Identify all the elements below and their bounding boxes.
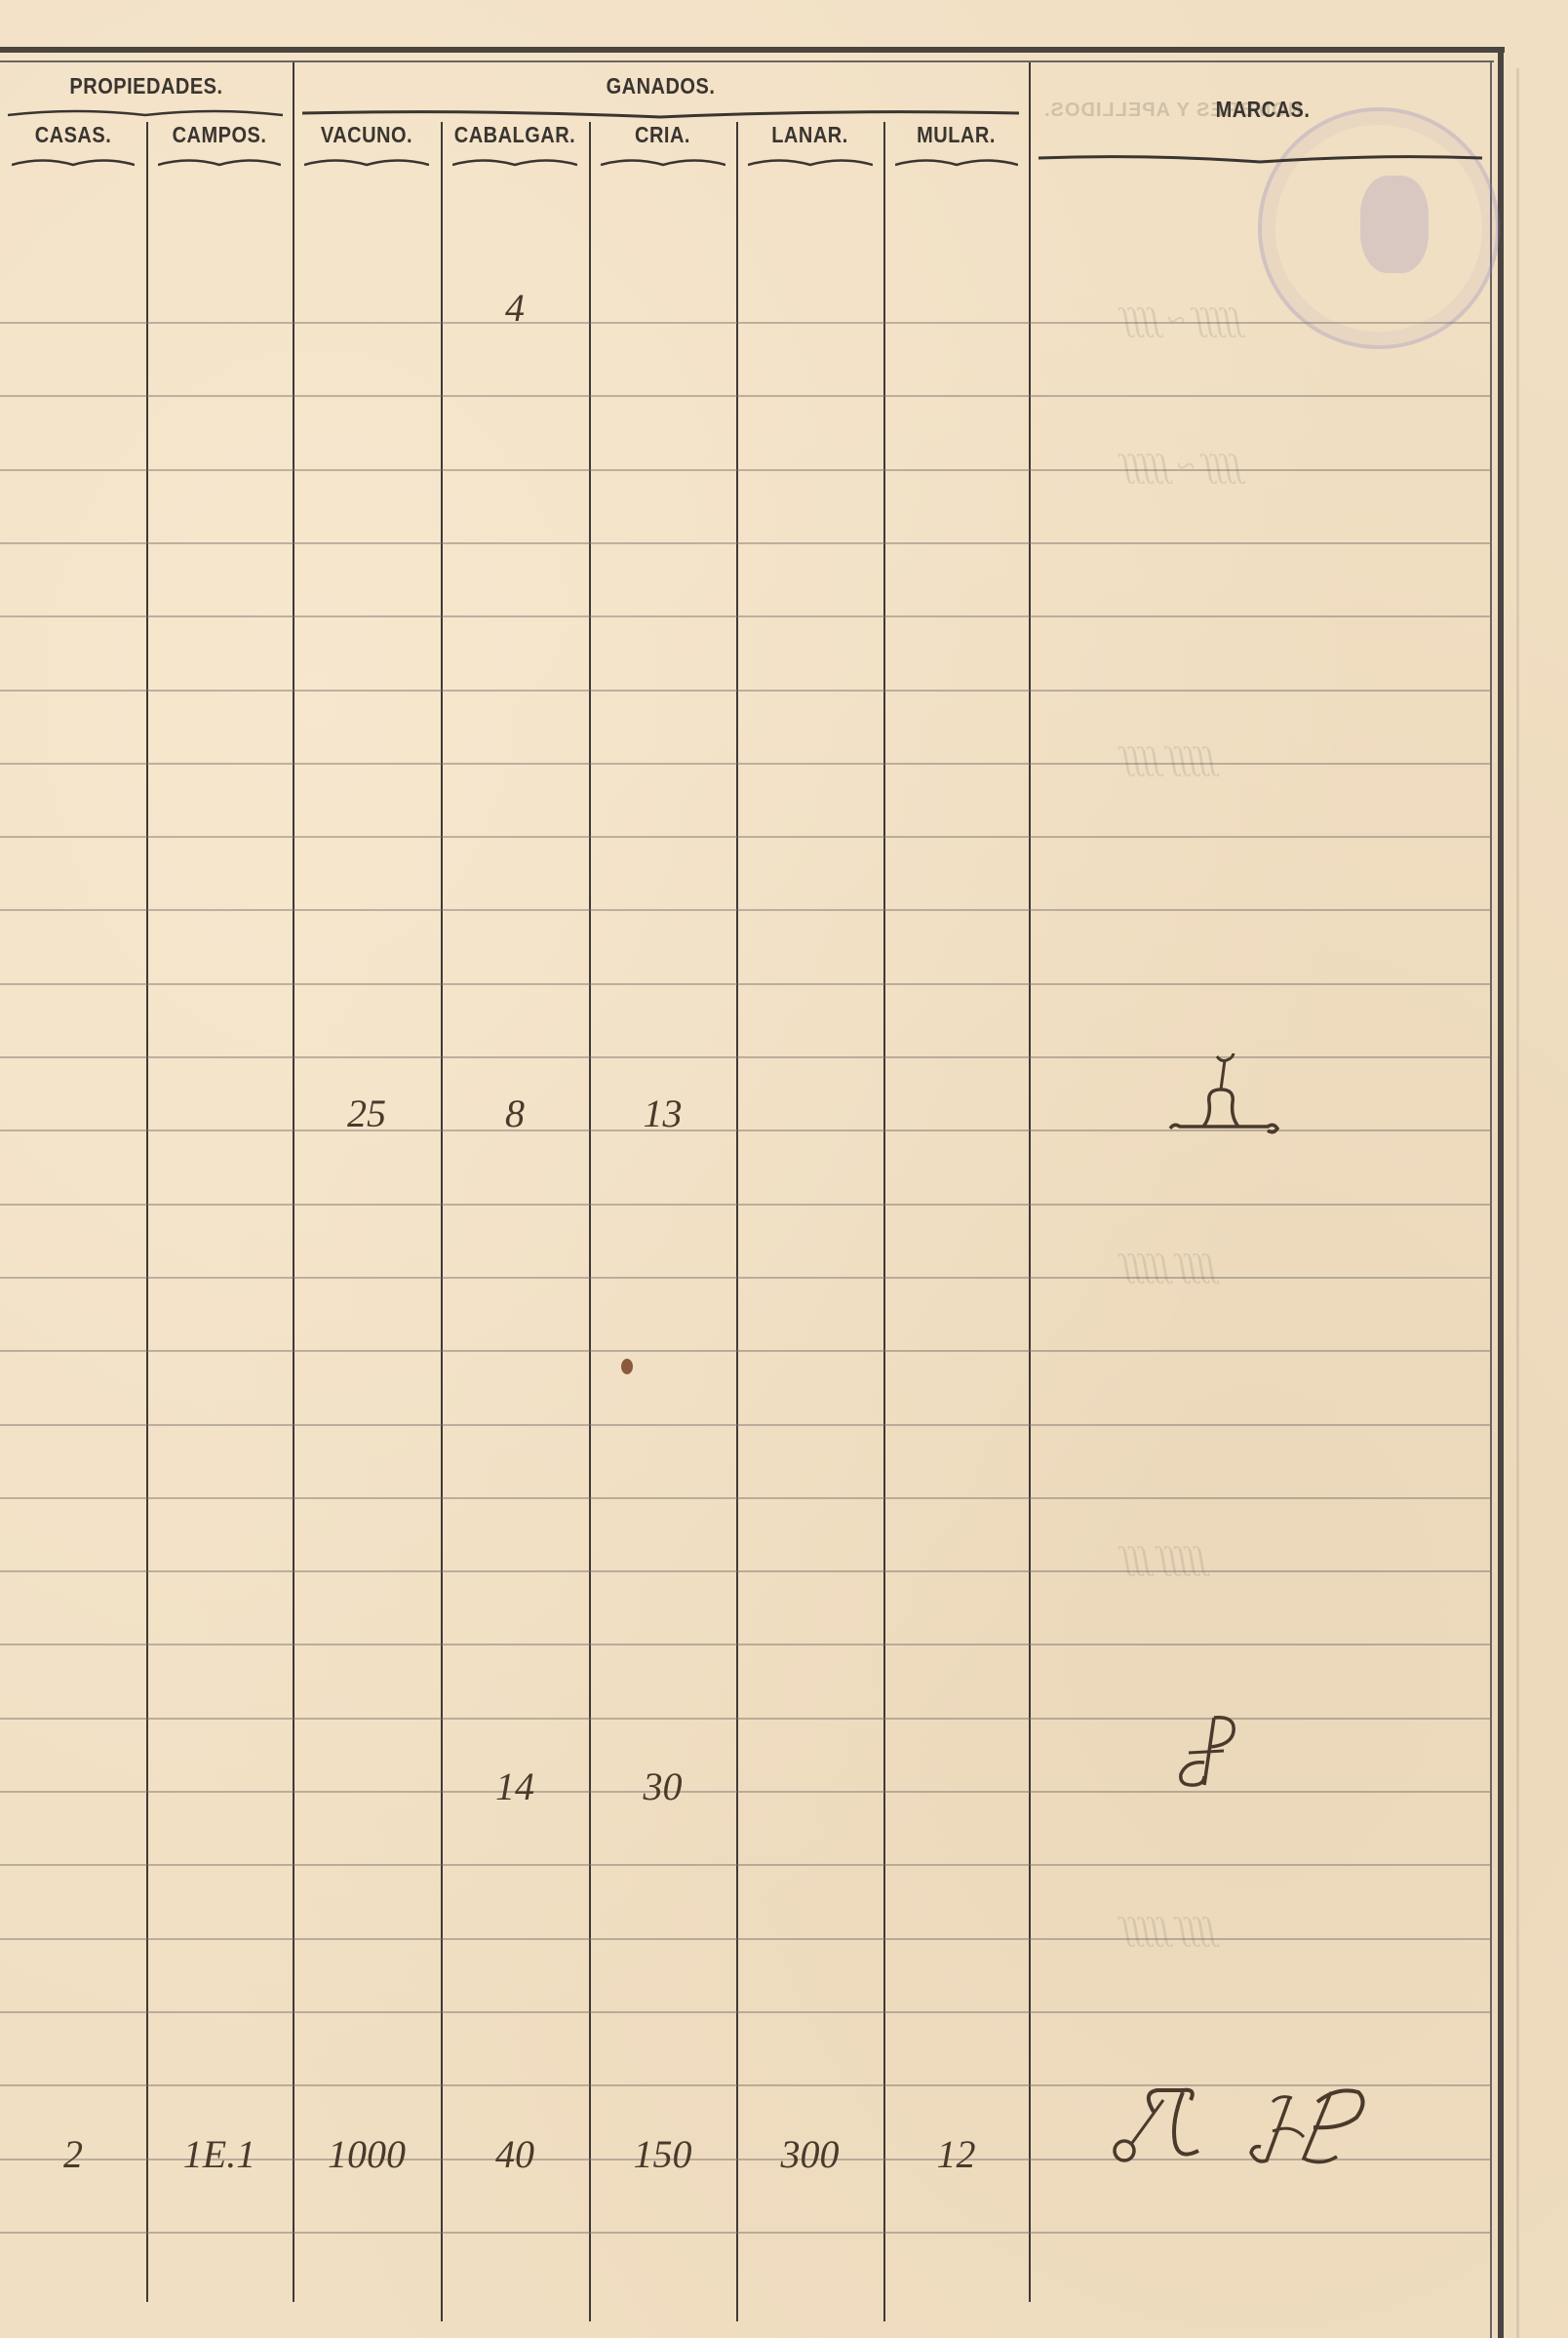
ruled-line: [0, 836, 1492, 838]
swash-lanar: [748, 156, 873, 168]
header-propiedades: PROPIEDADES.: [0, 74, 293, 99]
cell-r21-cabalgar: 14: [441, 1763, 589, 1809]
cell-r26-casas: 2: [0, 2131, 146, 2177]
ruled-line: [0, 1644, 1492, 1645]
divider-casas-campos: [146, 122, 148, 2302]
column-header-campos: CAMPOS.: [146, 123, 293, 148]
ruled-line: [0, 1570, 1492, 1572]
ruled-line: [0, 1791, 1492, 1793]
ruled-line: [0, 1424, 1492, 1426]
seal-emblem-icon: [1360, 176, 1429, 273]
ruled-line: [0, 763, 1492, 765]
cell-r12-vacuno: 25: [293, 1090, 441, 1136]
cell-r21-cria: 30: [589, 1763, 736, 1809]
brand-mark-hp-monogram-icon: [1243, 2082, 1370, 2170]
swash-propiedades: [8, 107, 283, 119]
cell-r26-cria: 150: [589, 2131, 736, 2177]
cell-r26-campos: 1E.1: [146, 2131, 293, 2177]
swash-casas: [12, 156, 135, 168]
ruled-line: [0, 1204, 1492, 1206]
right-border-thick: [1498, 47, 1504, 2338]
swash-mular: [895, 156, 1018, 168]
ruled-line: [0, 469, 1492, 471]
ruled-line: [0, 2232, 1492, 2234]
cell-r26-mular: 12: [883, 2131, 1029, 2177]
column-header-lanar: LANAR.: [736, 123, 883, 148]
brand-mark-pl-monogram-icon: [1175, 1712, 1243, 1790]
cell-r26-cabalgar: 40: [441, 2131, 589, 2177]
ruled-line: [0, 983, 1492, 985]
swash-cria: [601, 156, 725, 168]
column-header-mular: MULAR.: [883, 123, 1029, 148]
ruled-line: [0, 395, 1492, 397]
right-border-ghost: [1516, 68, 1519, 2338]
cell-r1-cabalgar: 4: [441, 285, 589, 331]
column-header-casas: CASAS.: [0, 123, 146, 148]
ruled-line: [0, 909, 1492, 911]
ruled-line: [0, 1350, 1492, 1352]
ruled-line: [0, 1277, 1492, 1279]
ruled-line: [0, 615, 1492, 617]
swash-ganados: [302, 107, 1019, 119]
cell-r26-vacuno: 1000: [293, 2131, 441, 2177]
cell-r26-lanar: 300: [736, 2131, 883, 2177]
divider-vacuno-cabalgar: [441, 122, 443, 2321]
header-marcas: MARCAS.: [1151, 98, 1375, 123]
swash-marcas: [1039, 152, 1482, 164]
ruled-line: [0, 1718, 1492, 1720]
bleed-through-script: ʃʃʃʃ ~ ʃʃʃʃʃ: [1121, 449, 1241, 486]
header-ganados: GANADOS.: [293, 74, 1029, 99]
cell-r12-cria: 13: [589, 1090, 736, 1136]
brand-mark-bell-icon: [1160, 1049, 1287, 1136]
top-border-thin: [0, 60, 1494, 62]
brand-mark-r-icon: [1107, 2082, 1214, 2165]
ruled-line: [0, 1864, 1492, 1866]
divider-ganados-marcas: [1029, 62, 1031, 2302]
ruled-line: [0, 690, 1492, 692]
ruled-line: [0, 1497, 1492, 1499]
divider-cria-lanar: [736, 122, 738, 2321]
swash-cabalgar: [452, 156, 577, 168]
ruled-line: [0, 322, 1492, 324]
top-border-thick: [0, 47, 1505, 53]
swash-campos: [158, 156, 281, 168]
bleed-through-script: ʃʃʃʃʃ ʃʃʃ: [1121, 1541, 1205, 1578]
bleed-through-script: ʃʃʃʃʃ ~ ʃʃʃʃ: [1121, 302, 1241, 339]
column-header-cabalgar: CABALGAR.: [441, 123, 589, 148]
bleed-through-script: ʃʃʃʃ ʃʃʃʃʃ: [1121, 1912, 1215, 1949]
ruled-line: [0, 2011, 1492, 2013]
column-header-cria: CRIA.: [589, 123, 736, 148]
divider-cabalgar-cria: [589, 122, 591, 2321]
ruled-line: [0, 1938, 1492, 1940]
cell-r12-cabalgar: 8: [441, 1090, 589, 1136]
swash-vacuno: [304, 156, 429, 168]
ruled-line: [0, 542, 1492, 544]
bleed-through-script: ʃʃʃʃ ʃʃʃʃʃ: [1121, 1248, 1215, 1286]
ink-stain: [621, 1359, 633, 1374]
divider-lanar-mular: [883, 122, 885, 2321]
divider-propiedades-ganados: [293, 62, 294, 2302]
column-header-vacuno: VACUNO.: [293, 123, 441, 148]
right-border-thin: [1490, 60, 1492, 2338]
bleed-through-script: ʃʃʃʃʃ ʃʃʃʃ: [1121, 741, 1215, 778]
